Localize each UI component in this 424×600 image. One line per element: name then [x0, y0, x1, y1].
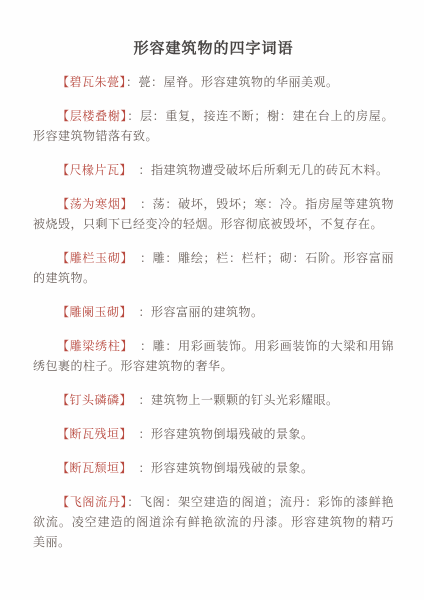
idiom-entry: 【钉头磷磷】 ：建筑物上一颗颗的钉头光彩耀眼。 [33, 390, 394, 410]
idiom-entry: 【雕栏玉砌】 ：雕：雕绘；栏：栏杆；砌：石阶。形容富丽的建筑物。 [33, 248, 394, 288]
idiom-entry: 【断瓦残垣】 ：形容建筑物倒塌残破的景象。 [33, 424, 394, 444]
idiom-definition: ：形容富丽的建筑物。 [126, 305, 264, 319]
idiom-term: 【断瓦颓垣】 [57, 461, 126, 475]
idiom-term: 【雕阑玉砌】 [57, 305, 126, 319]
idiom-entry: 【雕梁绣柱】 ：雕：用彩画装饰。用彩画装饰的大梁和用锦绣包裹的柱子。形容建筑物的… [33, 336, 394, 376]
document-page: 形容建筑物的四字词语 【碧瓦朱甍】：甍：屋脊。形容建筑物的华丽美观。 【层楼叠榭… [0, 0, 424, 600]
idiom-term: 【荡为寒烟】 [57, 197, 127, 211]
idiom-term: 【钉头磷磷】 [57, 393, 126, 407]
idiom-entry: 【雕阑玉砌】 ：形容富丽的建筑物。 [33, 302, 394, 322]
idiom-definition: ：指建筑物遭受破坏后所剩无几的砖瓦木料。 [126, 163, 389, 177]
idiom-term: 【层楼叠榭】 [57, 109, 127, 123]
idiom-definition: ：形容建筑物倒塌残破的景象。 [126, 461, 314, 475]
idiom-entry: 【层楼叠榭】：层：重复，接连不断；榭：建在台上的房屋。形容建筑物错落有致。 [33, 106, 394, 146]
idiom-term: 【飞阁流丹】 [57, 495, 127, 509]
idiom-term: 【雕栏玉砌】 [57, 251, 127, 265]
idiom-term: 【碧瓦朱甍】 [57, 75, 126, 89]
idiom-definition: ：建筑物上一颗颗的钉头光彩耀眼。 [126, 393, 339, 407]
idiom-term: 【尺椽片瓦】 [57, 163, 126, 177]
page-title: 形容建筑物的四字词语 [33, 38, 394, 60]
idiom-entry: 【断瓦颓垣】 ：形容建筑物倒塌残破的景象。 [33, 458, 394, 478]
idiom-definition: ：形容建筑物倒塌残破的景象。 [126, 427, 314, 441]
idiom-entry: 【荡为寒烟】 ：荡：破坏，毁坏；寒：冷。指房屋等建筑物被烧毁，只剩下已经变冷的轻… [33, 194, 394, 234]
idiom-term: 【雕梁绣柱】 [57, 339, 127, 353]
idiom-entry: 【碧瓦朱甍】：甍：屋脊。形容建筑物的华丽美观。 [33, 72, 394, 92]
idiom-term: 【断瓦残垣】 [57, 427, 126, 441]
idiom-entry: 【尺椽片瓦】 ：指建筑物遭受破坏后所剩无几的砖瓦木料。 [33, 160, 394, 180]
idiom-entry: 【飞阁流丹】：飞阁：架空建造的阁道；流丹：彩饰的漆鲜艳欲流。凌空建造的阁道涂有鲜… [33, 492, 394, 552]
idiom-definition: ：甍：屋脊。形容建筑物的华丽美观。 [126, 75, 339, 89]
